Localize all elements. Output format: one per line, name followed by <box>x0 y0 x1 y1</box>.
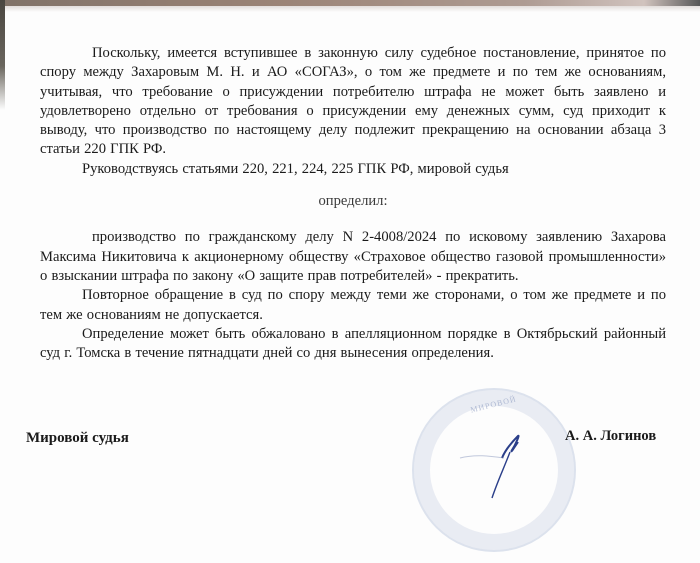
judge-name: А. А. Логинов <box>565 428 656 445</box>
paragraph-ruling-appeal: Определение может быть обжаловано в апел… <box>40 325 666 364</box>
photo-top-shadow <box>0 6 700 12</box>
judge-title: Мировой судья <box>26 430 129 447</box>
paragraph-reasoning: Поскольку, имеется вступившее в законную… <box>40 44 666 160</box>
photo-left-edge <box>0 0 5 110</box>
paragraph-ruling-main: производство по гражданскому делу N 2-40… <box>40 228 666 286</box>
paragraph-ruling-repeat: Повторное обращение в суд по спору между… <box>40 286 666 325</box>
paragraph-legal-basis: Руководствуясь статьями 220, 221, 224, 2… <box>40 160 666 179</box>
document-body: Поскольку, имеется вступившее в законную… <box>40 44 666 363</box>
signature-icon <box>440 418 560 508</box>
ruling-heading: определил: <box>40 192 666 211</box>
